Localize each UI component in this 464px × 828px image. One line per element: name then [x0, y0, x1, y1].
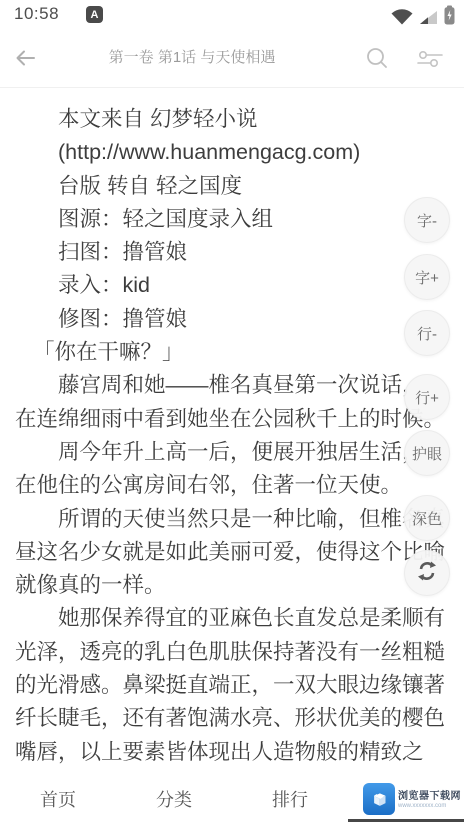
- text-line: 修图：撸管娘: [15, 303, 456, 336]
- tune-icon[interactable]: [416, 47, 444, 71]
- font-size-increase-button[interactable]: 字+: [404, 254, 450, 300]
- text-line: 「你在干嘛？」: [15, 336, 456, 369]
- battery-charging-icon: [443, 5, 456, 30]
- chapter-title: 第一卷 第1话 与天使相遇: [60, 28, 324, 87]
- text-line: 在连绵细雨中看到她坐在公园秋千上的时候。: [15, 403, 456, 436]
- text-line: 纤长睫毛，还有著饱满水亮、形状优美的樱色: [15, 702, 456, 735]
- text-line: 在他住的公寓房间右邻，住著一位天使。: [15, 469, 456, 502]
- site-watermark: 浏览器下载网 www.xxxxxxx.com: [363, 783, 461, 815]
- line-spacing-decrease-button[interactable]: 行-: [404, 310, 450, 356]
- text-line: 录入：kid: [15, 269, 456, 302]
- reader-screen: 10:58 A 第一卷 第1话 与天使相遇 本文来自 幻梦轻小说 (: [0, 0, 464, 828]
- text-line: 藤宫周和她——椎名真昼第一次说话，: [15, 369, 456, 402]
- site-logo-icon: [363, 783, 395, 815]
- bottom-edge-line: [348, 819, 464, 822]
- back-button[interactable]: [12, 45, 38, 71]
- watermark-site-name: 浏览器下载网: [398, 787, 461, 802]
- text-line: 光泽，透亮的乳白色肌肤保持著没有一丝粗糙: [15, 636, 456, 669]
- refresh-button[interactable]: [404, 550, 450, 596]
- text-line: 就像真的一样。: [15, 569, 456, 602]
- wifi-icon: [390, 7, 414, 30]
- nav-tab-home[interactable]: 首页: [0, 770, 116, 828]
- text-line: 台版 转自 轻之国度: [15, 170, 456, 203]
- eye-care-mode-button[interactable]: 护眼: [404, 430, 450, 476]
- font-size-decrease-button[interactable]: 字-: [404, 197, 450, 243]
- text-line: 所谓的天使当然只是一种比喻，但椎名真: [15, 503, 456, 536]
- text-line: (http://www.huanmengacg.com): [15, 136, 456, 169]
- line-spacing-increase-button[interactable]: 行+: [404, 374, 450, 420]
- app-notification-icon: A: [86, 6, 103, 23]
- dark-mode-button[interactable]: 深色: [404, 495, 450, 541]
- nav-tab-ranking[interactable]: 排行: [232, 770, 348, 828]
- status-icons: [390, 5, 456, 30]
- search-icon[interactable]: [365, 46, 389, 70]
- text-line: 嘴唇，以上要素皆体现出人造物般的精致之: [15, 736, 456, 769]
- text-line: 周今年升上高一后，便展开独居生活，: [15, 436, 456, 469]
- refresh-icon: [415, 559, 439, 587]
- chapter-header: 第一卷 第1话 与天使相遇: [0, 28, 464, 88]
- text-line: 图源：轻之国度录入组: [15, 203, 456, 236]
- text-line: 昼这名少女就是如此美丽可爱，使得这个比喻: [15, 536, 456, 569]
- text-line: 本文来自 幻梦轻小说: [15, 103, 456, 136]
- text-line: 的光滑感。鼻梁挺直端正，一双大眼边缘镶著: [15, 669, 456, 702]
- watermark-site-url: www.xxxxxxx.com: [398, 803, 461, 809]
- watermark-text: 浏览器下载网 www.xxxxxxx.com: [398, 783, 461, 809]
- clock: 10:58: [14, 4, 59, 24]
- text-line: 扫图：撸管娘: [15, 236, 456, 269]
- nav-tab-category[interactable]: 分类: [116, 770, 232, 828]
- text-line: 她那保养得宜的亚麻色长直发总是柔顺有: [15, 602, 456, 635]
- status-bar: 10:58 A: [0, 0, 464, 28]
- novel-text: 本文来自 幻梦轻小说 (http://www.huanmengacg.com) …: [15, 103, 456, 769]
- signal-icon: [419, 10, 438, 30]
